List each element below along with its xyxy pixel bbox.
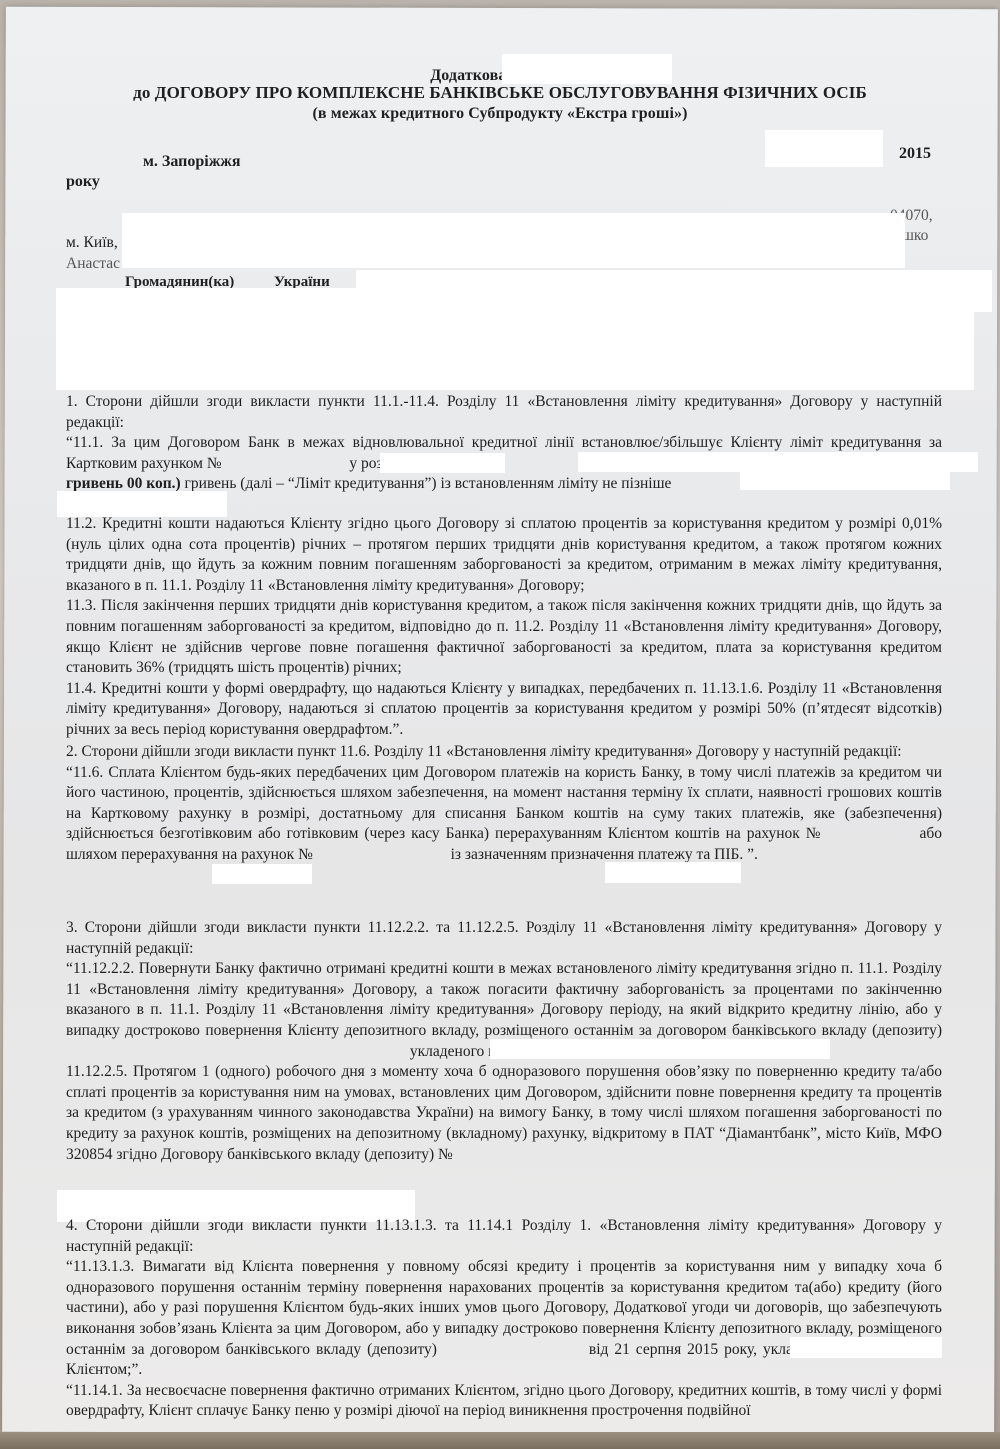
section-2-intro: 2. Сторони дійшли згоди викласти пункт 1… xyxy=(66,742,942,763)
section-2: 2. Сторони дійшли згоди викласти пункт 1… xyxy=(66,742,942,866)
amount-bold: гривень 00 коп.) xyxy=(66,475,181,492)
city: м. Запоріжжя xyxy=(143,152,241,172)
contract-title: до ДОГОВОРУ ПРО КОМПЛЕКСНЕ БАНКІВСЬКЕ ОБ… xyxy=(0,83,1000,103)
redacted-client-details xyxy=(56,288,974,390)
clause-11-3: 11.3. Після закінчення перших тридцяти д… xyxy=(66,596,942,678)
redacted-deposit-contract xyxy=(490,1039,830,1059)
clause-11-12-2-5: 11.12.2.5. Протягом 1 (одного) робочого … xyxy=(66,1062,942,1165)
year-suffix: року xyxy=(66,172,100,192)
redacted-account-1 xyxy=(212,864,312,884)
background-surface xyxy=(0,1432,1000,1449)
parties-line2-head: м. Київ, xyxy=(66,233,118,253)
section-4-intro: 4. Сторони дійшли згоди викласти пункти … xyxy=(66,1216,942,1257)
clause-11-4: 11.4. Кредитні кошти у формі овердрафту,… xyxy=(66,679,942,741)
redacted-account-2 xyxy=(605,862,741,883)
parties-line3-head: Анастас xyxy=(66,254,120,274)
redacted-deposit-number-2 xyxy=(790,1337,942,1358)
redacted-card-account xyxy=(380,453,505,473)
section-3-intro: 3. Сторони дійшли згоди викласти пункти … xyxy=(66,918,942,959)
redacted-bank-details xyxy=(122,213,905,268)
redacted-date xyxy=(765,130,883,167)
subproduct-title: (в межах кредитного Субпродукту «Екстра … xyxy=(0,104,1000,124)
section-4: 4. Сторони дійшли згоди викласти пункти … xyxy=(66,1216,942,1422)
redacted-limit-date xyxy=(740,470,950,490)
parties-line2-tail: шко xyxy=(902,226,928,246)
clause-11-2: 11.2. Кредитні кошти надаються Клієнту з… xyxy=(66,514,942,596)
redacted-agreement-number xyxy=(502,54,672,84)
clauses-11-2-to-11-4: 11.2. Кредитні кошти надаються Клієнту з… xyxy=(66,514,942,741)
section-1-intro: 1. Сторони дійшли згоди викласти пункти … xyxy=(66,392,942,433)
redacted-limit-amount xyxy=(578,452,978,472)
clause-11-13-1-3: “11.13.1.3. Вимагати від Клієнта поверне… xyxy=(66,1257,942,1381)
year: 2015 xyxy=(899,144,931,164)
clause-11-6: “11.6. Сплата Клієнтом будь-яких передба… xyxy=(66,763,942,866)
clause-11-14-1: “11.14.1. За несвоєчасне повернення факт… xyxy=(66,1381,942,1422)
